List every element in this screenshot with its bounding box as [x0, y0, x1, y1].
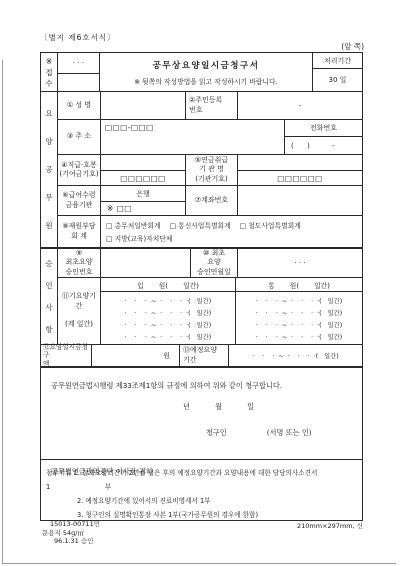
outpatient-period-row-1[interactable]: · · · ~ · · · ·( 일간) [236, 296, 362, 305]
title-cell: 공무상요양일시금청구서 ※ 뒷쪽의 작성방법을 읽고 작성하시기 바랍니다. [99, 53, 312, 91]
phone-input-cell[interactable]: ( ) - [285, 136, 362, 154]
expected-period-input-cell[interactable]: · · · ~ · · · ·( 일간) [228, 345, 362, 366]
row-first-approval: ⑨ 최초요양 승인번호 ⑩ 최초 요양 승인연월일 · · · [58, 249, 362, 277]
addressee-line: 공무원연금관리공단 이사장 귀하 [51, 467, 362, 477]
agency-cell-group: □□□□□□ [237, 155, 362, 185]
care-period-label: ⑪기요양기 간 (계 일간) [58, 278, 100, 344]
declaration-section: 공무원연금법시행령 제33조제1항의 규정에 의하여 위와 같이 청구합니다. … [41, 366, 362, 459]
approval-date: 96.1.31 승인 [42, 537, 100, 546]
processing-period-cell: 처리기간 30 일 [312, 53, 362, 91]
receipt-date-field[interactable]: · · · [58, 53, 99, 73]
section-claimant-label: 요 양 공 무 원 [41, 92, 57, 247]
claim-amount-input-cell[interactable]: 원 [91, 345, 179, 366]
rank-label: ④직급·호봉 (기여금기호) [58, 155, 100, 185]
page-side-indicator: (앞 쪽) [341, 41, 364, 52]
checkbox-local-government[interactable]: □ 지방(교육)자치단체 [106, 233, 172, 243]
address-input-cell[interactable]: □□□-□□□ [100, 120, 284, 154]
rank-cell-group: □□□□□□ [100, 155, 185, 185]
first-approval-number-input-cell[interactable] [100, 249, 190, 277]
print-spec-left: 15013-00711민 문용지 54g/㎡ 96.1.31 승인 [42, 520, 100, 546]
funding-label: ⑧재원부담 회 계 [58, 216, 100, 247]
scan-edge-left [2, 60, 3, 564]
row-rank-agency: ④직급·호봉 (기여금기호) □□□□□□ ⑤연금취급 기 관 명 (기관기호)… [58, 154, 362, 185]
header-row: ※ 접 수 · · · 공무상요양일시금청구서 ※ 뒷쪽의 작성방법을 읽고 작… [41, 53, 362, 91]
checkbox-telecom-special[interactable]: □ 통신사업특별회계 [170, 220, 231, 230]
outpatient-period-row-2[interactable]: · · · ~ · · · ·( 일간) [236, 308, 362, 317]
row-address: ③ 주 소 □□□-□□□ 전화번호 ( ) - [58, 119, 362, 154]
pension-agency-label: ⑤연금취급 기 관 명 (기관기호) [185, 155, 237, 185]
processing-period-label: 처리기간 [313, 53, 362, 68]
inpatient-period-row-4[interactable]: · · · ~ · · · ·( 일간) [101, 332, 235, 341]
bank-cell-group: 은행 ※ □□ [100, 186, 185, 215]
claim-amount-label: ⑫요양일시금청구 액 [41, 345, 91, 366]
account-number-input-cell[interactable] [237, 186, 362, 215]
first-approval-number-label: ⑨ 최초요양 승인번호 [58, 249, 100, 277]
attachment-line-1-count: 1 부 [46, 480, 359, 494]
inpatient-period-row-2[interactable]: · · · ~ · · · ·( 일간) [101, 308, 235, 317]
rank-input-cell[interactable] [101, 155, 185, 170]
declaration-date-line[interactable]: 년 월 일 [183, 402, 362, 412]
row-name: ① 성 명 ②주민등록 번호 - [58, 92, 362, 119]
name-label: ① 성 명 [58, 92, 100, 119]
first-approval-date-label: ⑩ 최초 요양 승인연월일 [190, 249, 237, 277]
bank-label: ⑥급여수령 금융기관 [58, 186, 100, 215]
outpatient-header: 통 원( 일간) [236, 278, 362, 292]
claimant-signature-label: 청구인 [206, 428, 227, 437]
processing-period-value: 30 일 [313, 68, 362, 91]
outpatient-column: 통 원( 일간) · · · ~ · · · ·( 일간) · · · ~ · … [235, 278, 362, 344]
bank-code-boxes[interactable]: ※ □□ [101, 201, 185, 215]
address-label: ③ 주 소 [58, 120, 100, 154]
form-title: 공무상요양일시금청구서 [153, 59, 260, 71]
declaration-claimant-line: 청구인(서명 또는 인) [183, 419, 362, 447]
form-number-tag: 〔별지 제6호서식〕 [40, 32, 116, 43]
claim-form-table: ※ 접 수 · · · 공무상요양일시금청구서 ※ 뒷쪽의 작성방법을 읽고 작… [40, 52, 363, 521]
checkbox-railroad-special[interactable]: □ 철도사업특별회계 [240, 220, 301, 230]
bank-word[interactable]: 은행 [101, 186, 185, 201]
section-approval: 승 인 사 항 ⑨ 최초요양 승인번호 ⑩ 최초 요양 승인연월일 · · · … [41, 247, 362, 344]
phone-label: 전화번호 [285, 120, 362, 136]
inpatient-header: 입 원( 일간) [101, 278, 235, 292]
resident-number-label: ②주민등록 번호 [185, 92, 237, 119]
section-approval-label: 승 인 사 항 [41, 249, 57, 344]
scan-edge-bottom [2, 563, 396, 564]
resident-number-input-cell[interactable]: - [237, 92, 362, 119]
agency-code-boxes[interactable]: □□□□□□ [238, 170, 362, 185]
paper-size-note: 210mm×297mm, 신 [297, 521, 363, 530]
funding-options: □ 총무처일반회계 □ 통신사업특별회계 □ 철도사업특별회계 □ 지방(교육)… [100, 216, 362, 247]
attachment-line-2: 2. 예정요양기간에 있어서의 진료비명세서 1부 [46, 494, 359, 508]
inpatient-period-row-3[interactable]: · · · ~ · · · ·( 일간) [101, 320, 235, 329]
phone-cell-group: 전화번호 ( ) - [284, 120, 362, 154]
account-number-label: ⑦계좌번호 [185, 186, 237, 215]
receipt-number-field[interactable] [58, 73, 99, 91]
form-page: 〔별지 제6호서식〕 (앞 쪽) ※ 접 수 · · · 공무상요양일시금청구서… [0, 0, 400, 566]
inpatient-column: 입 원( 일간) · · · ~ · · · ·( 일간) · · · ~ · … [100, 278, 235, 344]
outpatient-period-row-4[interactable]: · · · ~ · · · ·( 일간) [236, 332, 362, 341]
form-stock-number: 15013-00711민 [42, 520, 100, 529]
receipt-cell-group: · · · [57, 53, 99, 91]
agency-name-input-cell[interactable] [238, 155, 362, 170]
inpatient-period-row-1[interactable]: · · · ~ · · · ·( 일간) [101, 296, 235, 305]
checkbox-general-accounting[interactable]: □ 총무처일반회계 [106, 220, 161, 230]
row-care-period: ⑪기요양기 간 (계 일간) 입 원( 일간) · · · ~ · · · ·(… [58, 277, 362, 344]
contribution-code-boxes[interactable]: □□□□□□ [101, 170, 185, 185]
declaration-statement: 공무원연금법시행령 제33조제1항의 규정에 의하여 위와 같이 청구합니다. [51, 381, 362, 391]
section-claimant: 요 양 공 무 원 ① 성 명 ②주민등록 번호 - ③ 주 소 □□□-□□□… [41, 91, 362, 247]
row-bank-account: ⑥급여수령 금융기관 은행 ※ □□ ⑦계좌번호 [58, 185, 362, 215]
name-input-cell[interactable] [100, 92, 185, 119]
row-funding-account: ⑧재원부담 회 계 □ 총무처일반회계 □ 통신사업특별회계 □ 철도사업특별회… [58, 215, 362, 247]
first-approval-date-input-cell[interactable]: · · · [237, 249, 362, 277]
expected-period-label: ⑬예정요양 기간 [179, 345, 228, 366]
form-instruction-note: ※ 뒷쪽의 작성방법을 읽고 작성하시기 바랍니다. [134, 76, 277, 86]
receipt-stamp-label: ※ 접 수 [41, 53, 57, 91]
paper-spec: 문용지 54g/㎡ [42, 529, 100, 538]
row-claim-amount: ⑫요양일시금청구 액 원 ⑬예정요양 기간 · · · ~ · · · ·( 일… [41, 344, 362, 366]
outpatient-period-row-3[interactable]: · · · ~ · · · ·( 일간) [236, 320, 362, 329]
signature-note[interactable]: (서명 또는 인) [267, 428, 312, 437]
